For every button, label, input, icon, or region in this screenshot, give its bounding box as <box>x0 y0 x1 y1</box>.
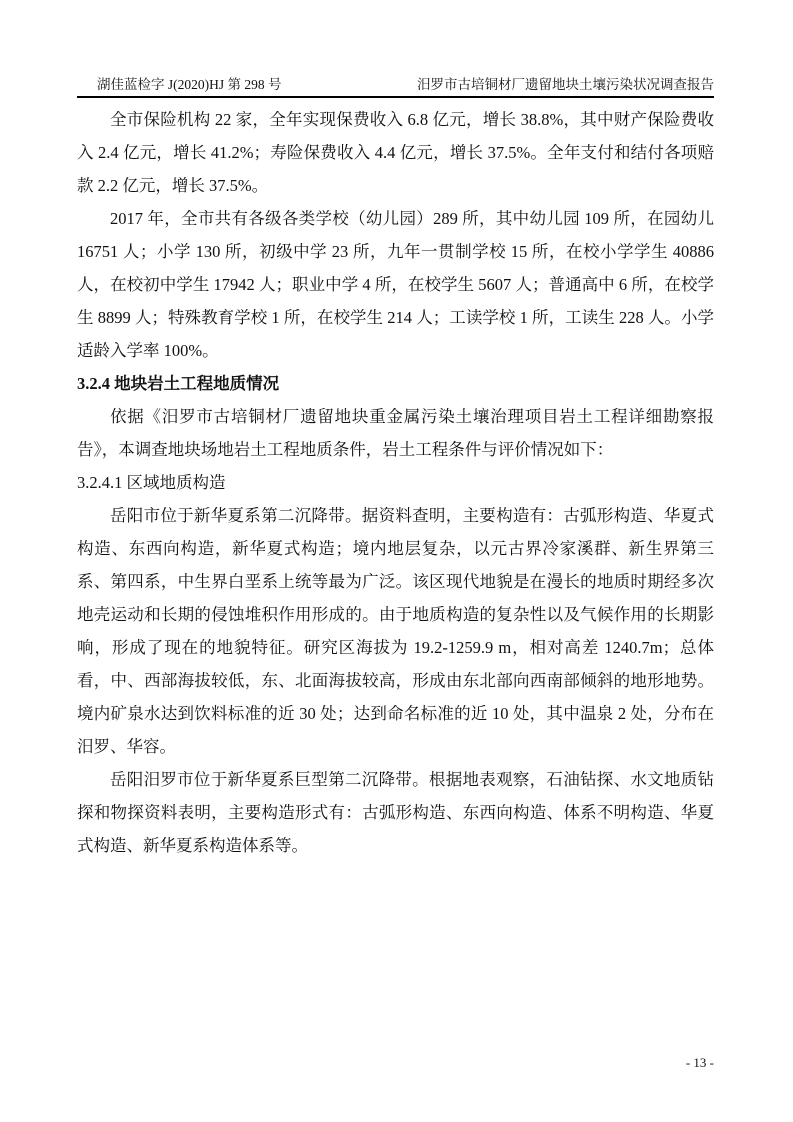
paragraph-insurance-stats: 全市保险机构 22 家，全年实现保费收入 6.8 亿元，增长 38.8%，其中财… <box>77 103 714 202</box>
header-doc-number: 湖佳蓝检字 J(2020)HJ 第 298 号 <box>77 76 282 93</box>
paragraph-survey-basis: 依据《汨罗市古培铜材厂遗留地块重金属污染土壤治理项目岩土工程详细勘察报告》，本调… <box>77 400 714 466</box>
document-body: 全市保险机构 22 家，全年实现保费收入 6.8 亿元，增长 38.8%，其中财… <box>77 103 714 862</box>
page-number: - 13 - <box>686 1055 714 1070</box>
paragraph-education-stats: 2017 年，全市共有各级各类学校（幼儿园）289 所，其中幼儿园 109 所，… <box>77 202 714 367</box>
page-footer: - 13 - <box>686 1055 714 1071</box>
paragraph-miluo-tectonics: 岳阳汨罗市位于新华夏系巨型第二沉降带。根据地表观察，石油钻探、水文地质钻探和物探… <box>77 763 714 862</box>
paragraph-regional-geology: 岳阳市位于新华夏系第二沉降带。据资料查明，主要构造有：古弧形构造、华夏式构造、东… <box>77 499 714 763</box>
document-page: 湖佳蓝检字 J(2020)HJ 第 298 号 汨罗市古培铜材厂遗留地块土壤污染… <box>0 0 793 1122</box>
section-heading-3-2-4: 3.2.4 地块岩土工程地质情况 <box>77 367 714 400</box>
header-doc-title: 汨罗市古培铜材厂遗留地块土壤污染状况调查报告 <box>417 76 714 93</box>
subsection-heading-3-2-4-1: 3.2.4.1 区域地质构造 <box>77 466 714 499</box>
page-header: 湖佳蓝检字 J(2020)HJ 第 298 号 汨罗市古培铜材厂遗留地块土壤污染… <box>77 76 714 98</box>
